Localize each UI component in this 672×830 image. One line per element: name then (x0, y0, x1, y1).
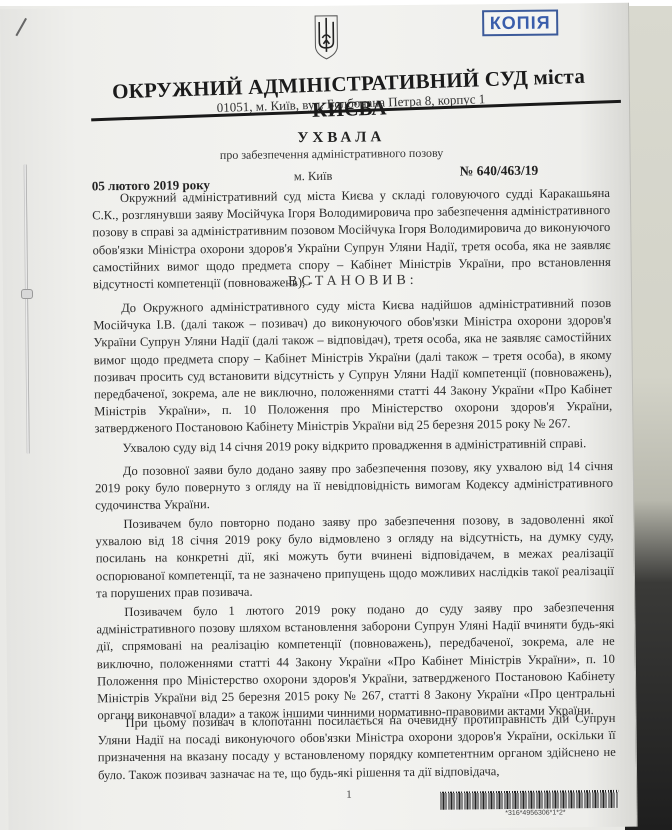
body-paragraph: При цьому позивач в клопотанні посилаєть… (97, 710, 616, 784)
barcode (440, 790, 618, 810)
body-paragraph: Ухвалою суду від 14 січня 2019 року відк… (95, 435, 613, 458)
body-paragraph: До позовної заяви було додано заяву про … (95, 458, 614, 515)
section-heading: ВСТАНОВИВ: (213, 272, 493, 291)
document-subtitle: про забезпечення адміністративного позов… (161, 145, 501, 164)
binding-knot (21, 289, 33, 299)
body-paragraph: Позивачем було повторно подано заяву про… (95, 511, 614, 602)
body-paragraph: Позивачем було 1 лютого 2019 року подано… (96, 599, 615, 725)
pen-mark (15, 18, 27, 36)
copy-stamp: КОПІЯ (482, 9, 558, 36)
document-page: КОПІЯ ОКРУЖНИЙ АДМІНІСТРАТИВНИЙ СУД міст… (0, 3, 638, 830)
binding-thread (24, 164, 30, 454)
case-number: № 640/463/19 (460, 163, 539, 180)
barcode-text: *316*4956306*1*2* (460, 809, 610, 818)
trident-icon (313, 14, 339, 60)
document-city: м. Київ (294, 169, 333, 184)
body-paragraph: До Окружного адміністративного суду міст… (93, 295, 612, 438)
page-number: 1 (346, 789, 352, 801)
